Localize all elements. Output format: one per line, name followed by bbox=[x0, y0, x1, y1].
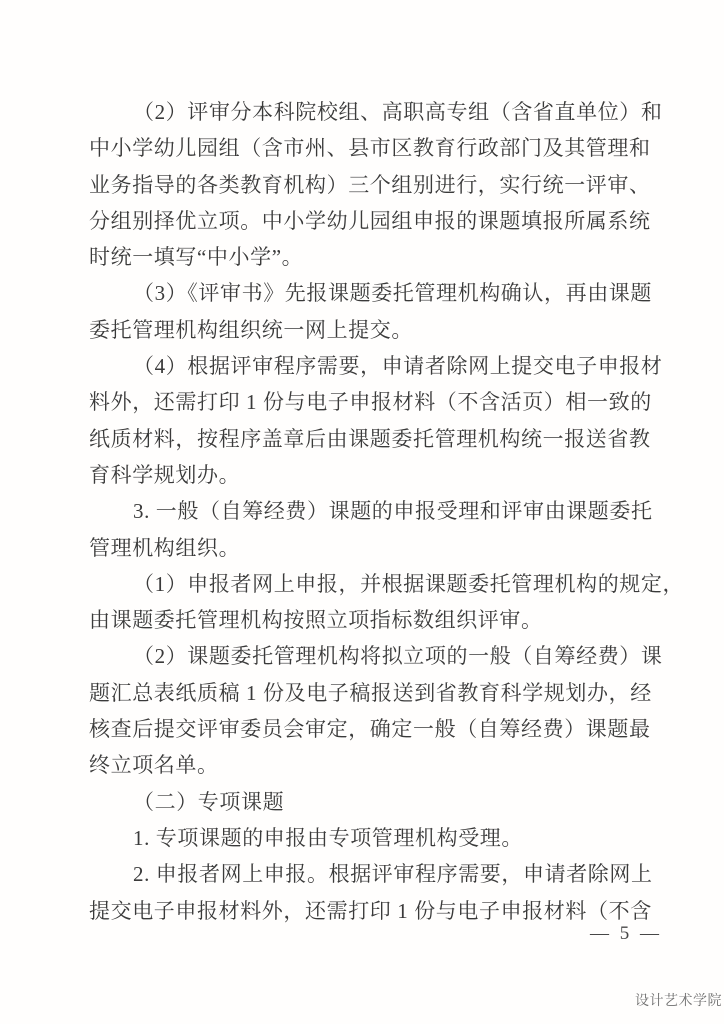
text-line: （4）根据评审程序需要，申请者除网上提交电子申报材 bbox=[89, 348, 645, 384]
paragraph: （2）评审分本科院校组、高职高专组（含省直单位）和中小学幼儿园组（含市州、县市区… bbox=[89, 94, 645, 275]
text-line: 业务指导的各类教育机构）三个组别进行，实行统一评审、 bbox=[89, 167, 645, 203]
text-line: 3. 一般（自筹经费）课题的申报受理和评审由课题委托 bbox=[89, 493, 645, 529]
paragraph: （二）专项课题 bbox=[89, 784, 645, 820]
document-body: （2）评审分本科院校组、高职高专组（含省直单位）和中小学幼儿园组（含市州、县市区… bbox=[89, 94, 645, 929]
paragraph: 2. 申报者网上申报。根据评审程序需要，申请者除网上提交电子申报材料外，还需打印… bbox=[89, 856, 645, 929]
paragraph: （4）根据评审程序需要，申请者除网上提交电子申报材料外，还需打印 1 份与电子申… bbox=[89, 348, 645, 493]
text-line: 育科学规划办。 bbox=[89, 457, 645, 493]
watermark-text: 设计艺术学院 bbox=[635, 990, 722, 1010]
text-line: 中小学幼儿园组（含市州、县市区教育行政部门及其管理和 bbox=[89, 130, 645, 166]
paragraph: （3）《评审书》先报课题委托管理机构确认，再由课题委托管理机构组织统一网上提交。 bbox=[89, 275, 645, 348]
text-line: 管理机构组织。 bbox=[89, 530, 645, 566]
text-line: 2. 申报者网上申报。根据评审程序需要，申请者除网上 bbox=[89, 856, 645, 892]
text-line: 由课题委托管理机构按照立项指标数组织评审。 bbox=[89, 602, 645, 638]
text-line: 委托管理机构组织统一网上提交。 bbox=[89, 312, 645, 348]
text-line: 终立项名单。 bbox=[89, 747, 645, 783]
text-line: 提交电子申报材料外，还需打印 1 份与电子申报材料（不含 bbox=[89, 893, 645, 929]
text-line: 时统一填写“中小学”。 bbox=[89, 239, 645, 275]
page-number: — 5 — bbox=[590, 923, 662, 945]
text-line: 料外，还需打印 1 份与电子申报材料（不含活页）相一致的 bbox=[89, 384, 645, 420]
paragraph: 1. 专项课题的申报由专项管理机构受理。 bbox=[89, 820, 645, 856]
document-page: （2）评审分本科院校组、高职高专组（含省直单位）和中小学幼儿园组（含市州、县市区… bbox=[0, 0, 724, 1024]
text-line: 1. 专项课题的申报由专项管理机构受理。 bbox=[89, 820, 645, 856]
paragraph: （2）课题委托管理机构将拟立项的一般（自筹经费）课题汇总表纸质稿 1 份及电子稿… bbox=[89, 638, 645, 783]
text-line: （2）课题委托管理机构将拟立项的一般（自筹经费）课 bbox=[89, 638, 645, 674]
text-line: （3）《评审书》先报课题委托管理机构确认，再由课题 bbox=[89, 275, 645, 311]
paragraph: （1）申报者网上申报，并根据课题委托管理机构的规定，由课题委托管理机构按照立项指… bbox=[89, 566, 645, 639]
text-line: （2）评审分本科院校组、高职高专组（含省直单位）和 bbox=[89, 94, 645, 130]
text-line: （1）申报者网上申报，并根据课题委托管理机构的规定， bbox=[89, 566, 645, 602]
paragraph: 3. 一般（自筹经费）课题的申报受理和评审由课题委托管理机构组织。 bbox=[89, 493, 645, 566]
text-line: （二）专项课题 bbox=[89, 784, 645, 820]
text-line: 分组别择优立项。中小学幼儿园组申报的课题填报所属系统 bbox=[89, 203, 645, 239]
text-line: 核查后提交评审委员会审定，确定一般（自筹经费）课题最 bbox=[89, 711, 645, 747]
text-line: 纸质材料，按程序盖章后由课题委托管理机构统一报送省教 bbox=[89, 421, 645, 457]
text-line: 题汇总表纸质稿 1 份及电子稿报送到省教育科学规划办，经 bbox=[89, 675, 645, 711]
